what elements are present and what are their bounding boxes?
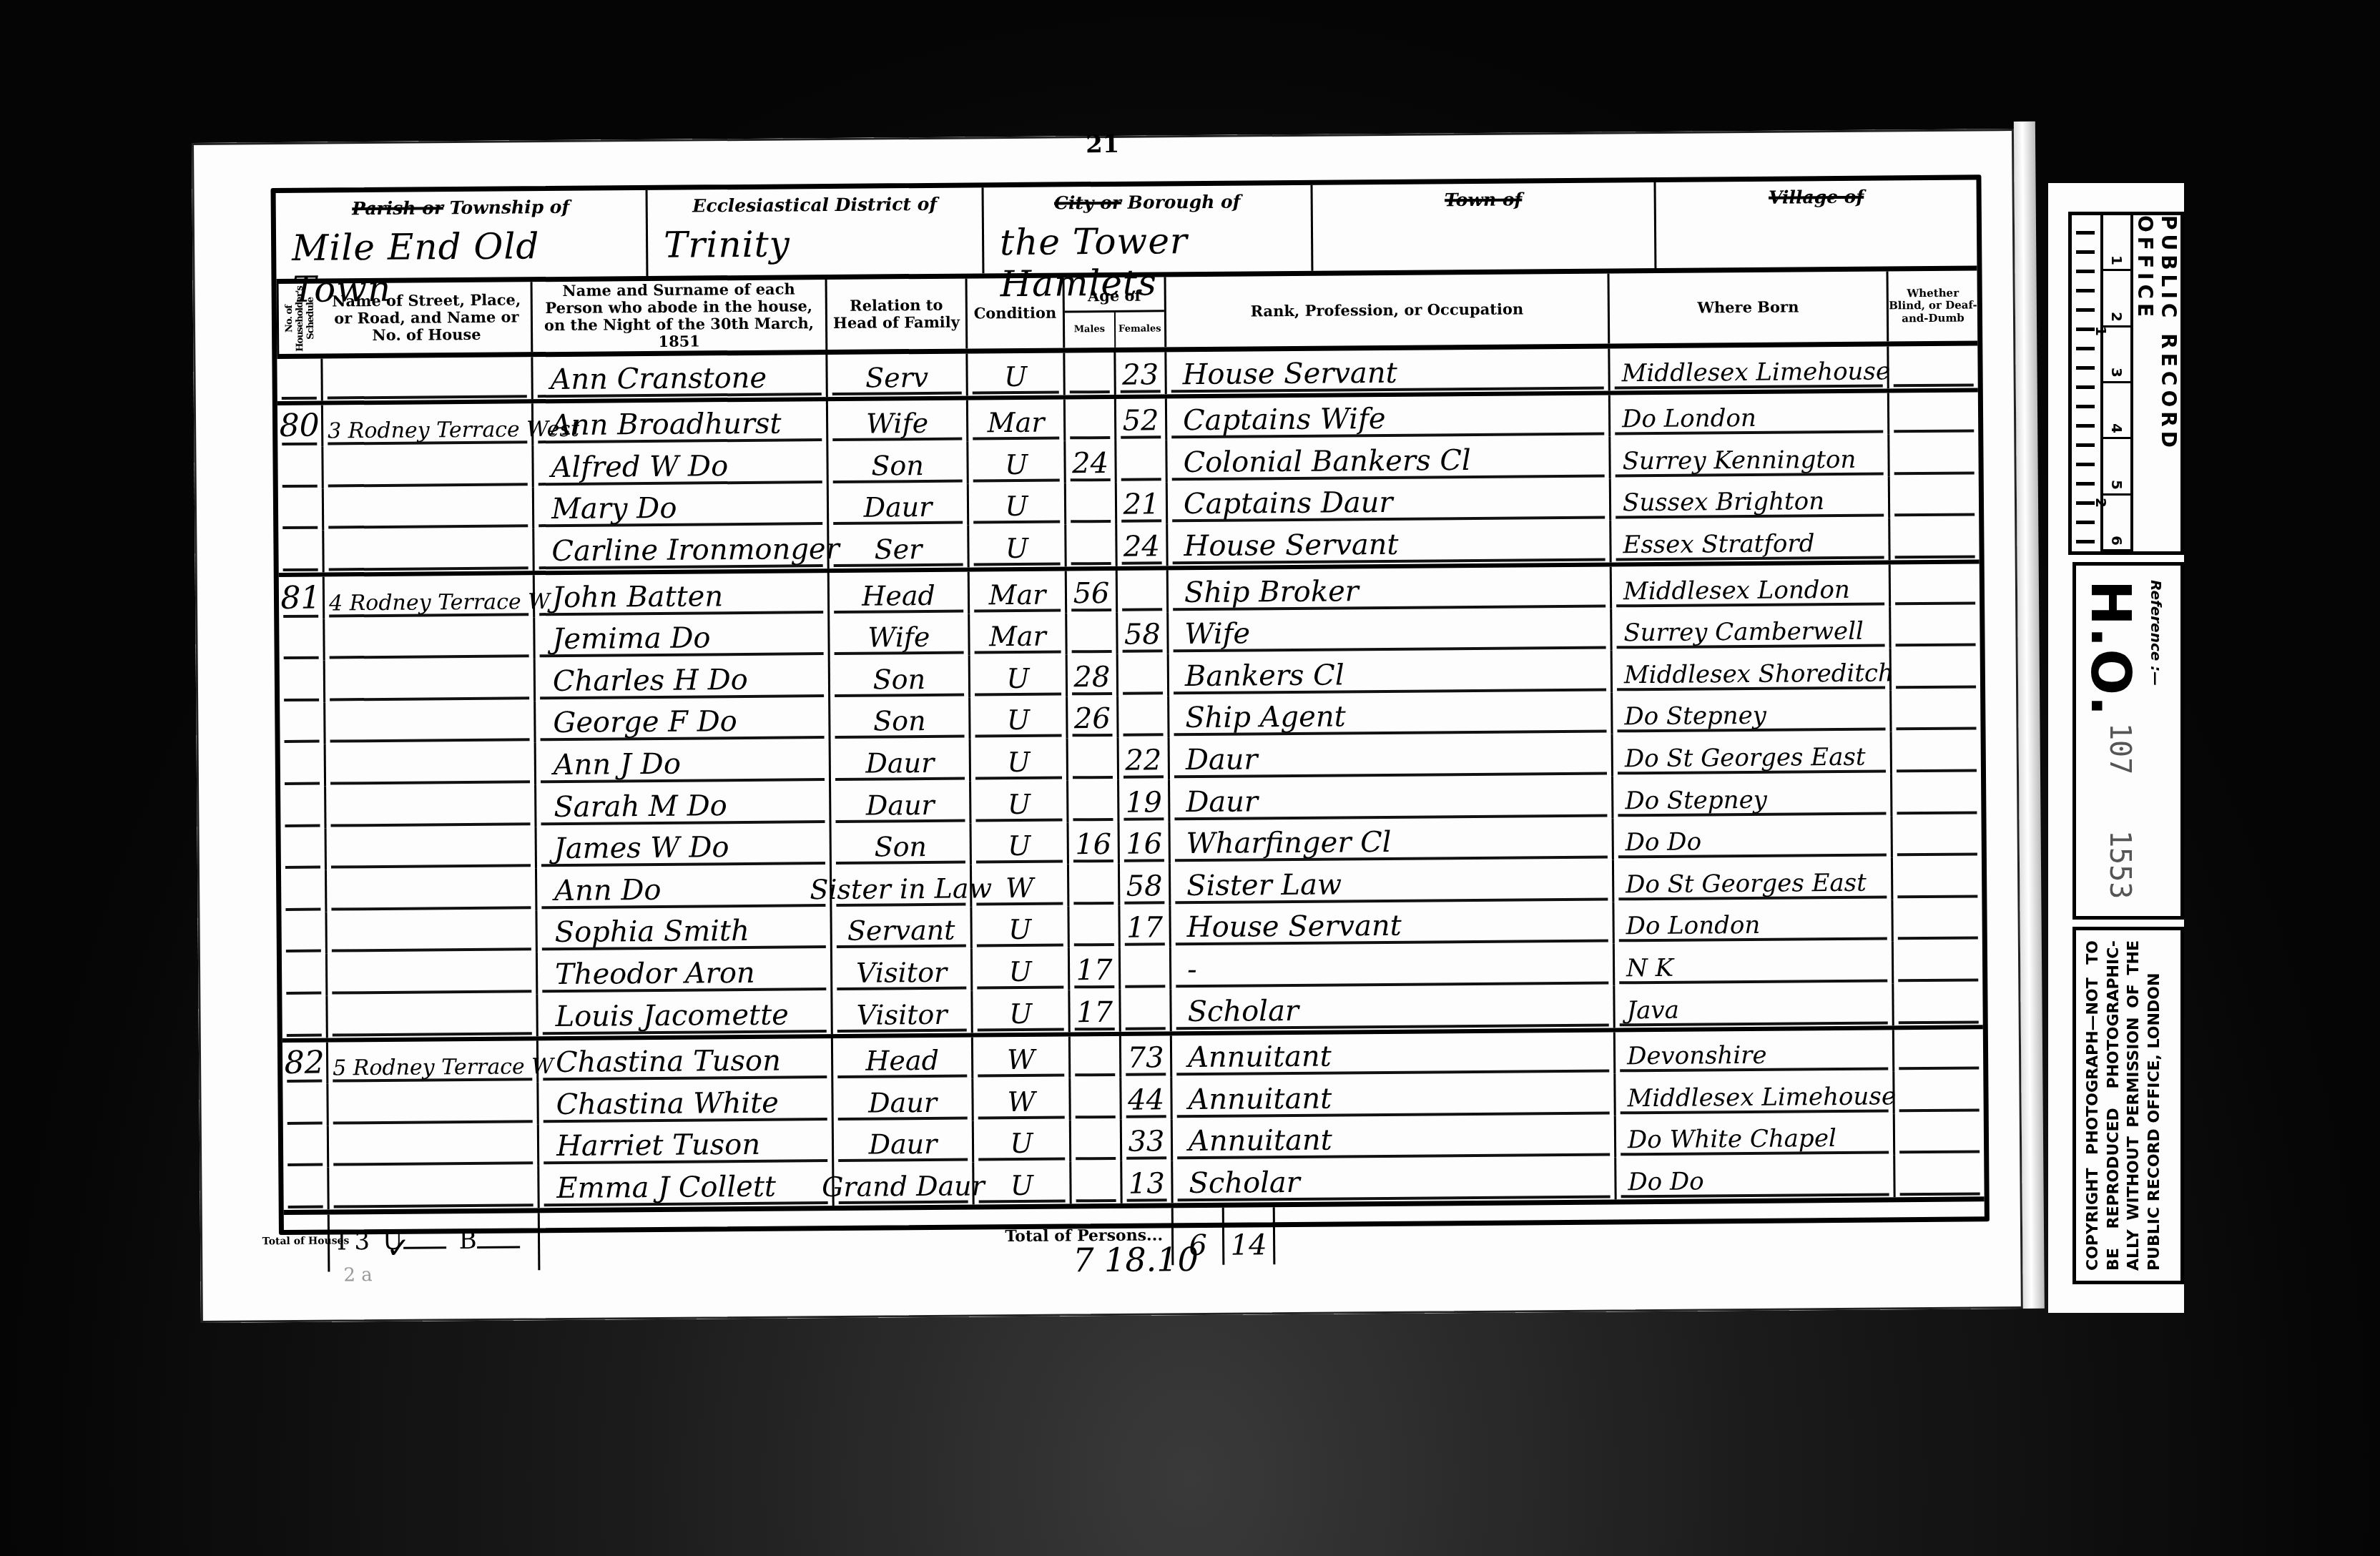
col-occupation: Rank, Profession, or Occupation <box>1166 273 1611 347</box>
where-born-cell: Do London <box>1611 393 1889 437</box>
schedule-cell <box>281 912 327 954</box>
blind-cell <box>1892 689 1980 732</box>
address-cell <box>327 910 537 954</box>
condition-cell: W <box>973 1036 1071 1079</box>
total-houses-values: I 3 U B <box>330 1213 541 1271</box>
male-age-cell: 24 <box>1066 440 1116 483</box>
where-born-cell: N K <box>1615 942 1894 986</box>
relation-cell: Sister in Law <box>832 865 972 908</box>
where-born-cell: Surrey Camberwell <box>1612 606 1891 651</box>
blind-cell <box>1894 941 1982 984</box>
blind-cell <box>1895 1113 1984 1156</box>
schedule-cell <box>282 1084 328 1126</box>
address-cell <box>329 1124 539 1168</box>
male-age-cell <box>1066 483 1117 525</box>
address-cell <box>326 743 536 787</box>
address-cell <box>328 1082 539 1126</box>
blind-cell <box>1894 1070 1983 1113</box>
district-header: Parish or Township of Mile End Old Town … <box>276 179 1977 284</box>
folio-number: 1553 <box>2103 830 2136 899</box>
column-header: No. of Householder's Schedule Name of St… <box>277 270 1978 359</box>
male-age-cell: 17 <box>1070 947 1121 990</box>
name-cell: Ann Do <box>537 866 832 910</box>
schedule-cell <box>281 870 327 912</box>
blind-cell <box>1890 518 1979 561</box>
inch-mark: 2 <box>2093 498 2110 508</box>
occupation-cell: Annuitant <box>1172 1073 1616 1118</box>
blind-cell <box>1891 563 1980 606</box>
where-born-cell: Java <box>1615 983 1894 1028</box>
building-count: B <box>458 1226 519 1255</box>
parish-label-struck: Parish or <box>352 197 443 219</box>
female-age-cell <box>1118 570 1169 612</box>
occupation-cell: House Servant <box>1166 348 1610 393</box>
village-label: Village of <box>1769 187 1864 208</box>
female-age-cell: 22 <box>1119 738 1170 780</box>
address-cell <box>328 994 538 1038</box>
name-cell: Louis Jacomette <box>538 992 832 1036</box>
schedule-cell <box>278 488 324 531</box>
inhabited-count: I 3 <box>337 1227 370 1256</box>
reference-label: Reference :— <box>2148 580 2165 686</box>
name-cell: Chastina White <box>539 1080 833 1124</box>
cm-mark: 4 <box>2108 423 2125 433</box>
col-relation: Relation to Head of Family <box>827 278 968 350</box>
name-cell: John Batten <box>535 573 830 617</box>
male-age-cell <box>1071 1078 1121 1120</box>
page-number: 21 <box>1086 130 1120 159</box>
name-cell: Ann J Do <box>536 740 831 784</box>
occupation-cell: Ship Broker <box>1169 566 1612 611</box>
village-cell: Village of <box>1656 179 1977 268</box>
cm-mark: 2 <box>2108 312 2125 322</box>
address-cell <box>325 659 536 702</box>
male-age-cell <box>1066 398 1116 440</box>
schedule-cell <box>280 661 325 703</box>
occupation-cell: Wife <box>1169 609 1612 654</box>
col-where-born: Where Born <box>1609 271 1889 343</box>
piece-number: 107 <box>2103 723 2136 774</box>
col-age: Age of Males Females <box>1065 277 1167 348</box>
borough-cell: City or Borough of the Tower Hamlets <box>984 185 1314 274</box>
occupation-cell: Scholar <box>1171 985 1615 1030</box>
cm-mark: 1 <box>2108 255 2125 265</box>
condition-cell: U <box>969 483 1066 526</box>
male-age-cell <box>1071 1120 1122 1162</box>
page-edge <box>2014 122 2045 1309</box>
where-born-cell: Essex Stratford <box>1611 518 1890 563</box>
where-born-cell: Middlesex London <box>1612 564 1891 609</box>
blind-cell <box>1889 392 1978 435</box>
schedule-cell <box>281 828 327 870</box>
condition-cell: U <box>968 441 1066 484</box>
occupation-cell: Sister Law <box>1171 860 1614 905</box>
name-cell: Charles H Do <box>536 656 830 701</box>
male-age-cell <box>1071 1035 1121 1078</box>
female-age-cell: 52 <box>1116 398 1167 440</box>
relation-cell: Daur <box>831 781 971 824</box>
relation-cell: Daur <box>831 739 971 782</box>
condition-cell: U <box>972 906 1069 949</box>
totals-blank <box>1275 1201 1985 1264</box>
male-age-cell <box>1069 864 1120 906</box>
total-females: 14 <box>1224 1207 1276 1265</box>
cm-mark: 6 <box>2108 536 2125 546</box>
ecclesiastical-label: Ecclesiastical District of <box>648 193 982 217</box>
male-age-cell <box>1068 780 1119 822</box>
condition-cell: U <box>970 655 1068 698</box>
pencil-annotation: 7 18.10 <box>1073 1240 1199 1279</box>
male-age-cell <box>1071 1161 1122 1203</box>
blind-cell <box>1894 1029 1983 1072</box>
reference-strip: 1 2 1 2 3 4 5 6 PUBLIC RECORD OFFICE H.O… <box>2048 183 2184 1313</box>
male-age-cell: 28 <box>1068 654 1118 696</box>
schedule-cell: 82 <box>282 1042 328 1084</box>
relation-cell: Head <box>833 1037 973 1080</box>
relation-cell: Ser <box>829 526 969 568</box>
relation-cell: Visitor <box>832 949 973 992</box>
male-age-cell <box>1065 353 1116 395</box>
female-age-cell <box>1121 989 1171 1031</box>
condition-cell: U <box>971 780 1068 823</box>
female-age-cell: 19 <box>1119 779 1170 822</box>
address-cell <box>329 1166 539 1210</box>
male-age-cell <box>1068 738 1119 780</box>
female-age-cell: 58 <box>1118 612 1169 654</box>
col-females: Females <box>1115 312 1164 348</box>
condition-cell: Mar <box>968 399 1066 442</box>
schedule-cell <box>280 702 325 744</box>
copyright-notice: COPYRIGHT PHOTOGRAPH—NOT TO BE REPRODUCE… <box>2072 927 2184 1284</box>
male-age-cell: 17 <box>1070 990 1121 1032</box>
address-cell: 4 Rodney Terrace W <box>325 575 535 619</box>
occupation-cell: Wharfinger Cl <box>1170 818 1613 863</box>
col-schedule: No. of Householder's Schedule <box>277 284 323 354</box>
col-age-title: Age of <box>1088 282 1141 311</box>
name-cell: James W Do <box>537 824 832 869</box>
total-houses-label: Total of Houses <box>284 1214 330 1272</box>
female-age-cell: 17 <box>1120 905 1171 947</box>
name-cell: Alfred W Do <box>533 443 828 487</box>
schedule-cell <box>278 531 324 573</box>
female-age-cell: 16 <box>1119 822 1170 864</box>
where-born-cell: Do Stepney <box>1613 690 1892 734</box>
male-age-cell <box>1067 612 1118 654</box>
occupation-cell: Annuitant <box>1172 1032 1616 1077</box>
female-age-cell: 73 <box>1121 1035 1172 1078</box>
relation-cell: Son <box>830 656 970 699</box>
occupation-cell: Daur <box>1170 734 1613 779</box>
condition-cell: U <box>971 739 1068 782</box>
where-born-cell: Do White Chapel <box>1616 1113 1895 1158</box>
female-age-cell: 33 <box>1122 1119 1173 1161</box>
name-cell: Chastina Tuson <box>539 1038 833 1082</box>
address-cell <box>325 701 536 744</box>
address-cell <box>325 617 535 661</box>
where-born-cell: Middlesex Limehouse <box>1610 346 1889 390</box>
relation-cell: Grand Daur <box>834 1163 974 1206</box>
schedule-cell <box>277 447 323 489</box>
female-age-cell: 21 <box>1117 482 1168 524</box>
schedule-cell <box>282 995 328 1038</box>
name-cell: Emma J Collett <box>539 1163 834 1208</box>
address-cell <box>327 827 537 870</box>
relation-cell: Serv <box>827 353 968 396</box>
schedule-cell <box>280 786 326 828</box>
address-cell <box>324 487 534 531</box>
where-born-cell: Middlesex Limehouse <box>1616 1071 1894 1116</box>
schedule-cell <box>279 619 325 661</box>
blind-cell <box>1892 773 1981 816</box>
blind-cell <box>1891 606 1980 649</box>
blind-cell <box>1892 732 1981 774</box>
where-born-cell: Do St Georges East <box>1614 857 1893 902</box>
blind-cell <box>1894 983 1982 1025</box>
condition-cell: U <box>969 525 1066 568</box>
col-address: Name of Street, Place, or Road, and Name… <box>323 282 533 353</box>
col-males: Males <box>1065 312 1116 348</box>
address-cell <box>323 445 533 488</box>
office-title: PUBLIC RECORD OFFICE <box>2133 215 2180 551</box>
schedule-cell <box>283 1168 329 1210</box>
male-age-cell: 26 <box>1068 696 1118 739</box>
female-age-cell <box>1121 947 1171 990</box>
occupation-cell: House Servant <box>1168 521 1611 566</box>
where-born-cell: Do St Georges East <box>1613 732 1892 777</box>
series-code: H.O. <box>2079 580 2143 717</box>
female-age-cell: 58 <box>1120 863 1171 905</box>
cm-mark: 3 <box>2108 368 2125 378</box>
occupation-cell: Captains Daur <box>1168 478 1611 523</box>
blind-cell <box>1890 476 1979 518</box>
where-born-cell: Do Do <box>1616 1156 1895 1200</box>
address-cell: 3 Rodney Terrace West <box>323 403 533 447</box>
where-born-cell: Surrey Kennington <box>1611 435 1889 479</box>
female-age-cell: 13 <box>1122 1161 1173 1203</box>
blind-cell <box>1892 815 1981 858</box>
female-age-cell: 24 <box>1117 524 1168 566</box>
census-page: 21 Parish or Township of Mile End Old To… <box>192 129 2023 1323</box>
name-cell: Carline Ironmonger <box>534 526 829 571</box>
relation-cell: Wife <box>828 400 968 443</box>
male-age-cell <box>1069 906 1120 948</box>
female-age-cell <box>1118 654 1169 696</box>
occupation-cell: Ship Agent <box>1169 692 1613 737</box>
where-born-cell: Do London <box>1614 900 1893 944</box>
address-cell <box>326 784 536 828</box>
scale-ruler: 1 2 1 2 3 4 5 6 PUBLIC RECORD OFFICE <box>2068 212 2184 555</box>
relation-cell: Daur <box>829 483 969 526</box>
condition-cell: W <box>972 865 1069 907</box>
parish-label: Township of <box>450 197 570 218</box>
address-cell: 5 Rodney Terrace W <box>328 1040 539 1084</box>
occupation-cell: Captains Wife <box>1167 395 1611 440</box>
relation-cell: Daur <box>833 1079 973 1122</box>
col-blind: Whether Blind, or Deaf-and-Dumb <box>1888 270 1977 341</box>
address-cell <box>328 952 538 996</box>
name-cell: Ann Cranstone <box>533 355 827 399</box>
male-age-cell: 56 <box>1067 571 1118 613</box>
schedule-cell: 80 <box>277 405 323 447</box>
female-age-cell <box>1116 440 1167 482</box>
condition-cell: U <box>973 990 1070 1033</box>
condition-cell: Mar <box>970 613 1067 656</box>
borough-label-struck: City or <box>1054 192 1121 214</box>
col-condition: Condition <box>968 277 1066 348</box>
male-age-cell <box>1066 524 1117 566</box>
where-born-cell: Do Stepney <box>1613 774 1892 818</box>
ecclesiastical-value: Trinity <box>664 223 790 265</box>
condition-cell: W <box>973 1078 1071 1121</box>
relation-cell: Wife <box>830 614 970 656</box>
faint-stamp: 2 a <box>343 1264 373 1286</box>
town-label: Town of <box>1445 189 1522 210</box>
schedule-cell <box>277 359 323 401</box>
blind-cell <box>1889 345 1977 388</box>
female-age-cell: 23 <box>1116 352 1166 394</box>
condition-cell: U <box>973 948 1070 991</box>
name-cell: George F Do <box>536 699 830 743</box>
cm-mark: 5 <box>2108 480 2125 490</box>
inch-mark: 1 <box>2093 326 2110 336</box>
relation-cell: Son <box>828 442 968 485</box>
census-rows: Ann CranstoneServU23House ServantMiddles… <box>277 345 1984 1210</box>
name-cell: Sophia Smith <box>537 908 832 952</box>
town-cell: Town of <box>1313 182 1657 271</box>
occupation-cell: Bankers Cl <box>1169 651 1613 696</box>
occupation-cell: - <box>1171 944 1615 989</box>
occupation-cell: House Servant <box>1171 902 1614 947</box>
blind-cell <box>1893 899 1982 942</box>
female-age-cell <box>1118 696 1169 738</box>
where-born-cell: Sussex Brighton <box>1611 476 1890 521</box>
blind-cell <box>1889 434 1978 477</box>
name-cell: Jemima Do <box>535 615 830 659</box>
occupation-cell: Daur <box>1170 776 1613 821</box>
schedule-cell: 81 <box>279 577 325 619</box>
address-cell <box>324 529 534 573</box>
relation-cell: Daur <box>834 1121 974 1163</box>
relation-cell: Head <box>830 571 970 614</box>
name-cell: Theodor Aron <box>538 950 832 994</box>
occupation-cell: Annuitant <box>1173 1116 1616 1161</box>
condition-cell: U <box>972 822 1069 865</box>
relation-cell: Servant <box>832 907 972 950</box>
census-form: Parish or Township of Mile End Old Town … <box>270 174 1989 1235</box>
name-cell: Sarah M Do <box>536 782 831 827</box>
schedule-cell <box>282 954 328 996</box>
where-born-cell: Middlesex Shoreditch <box>1613 649 1892 693</box>
condition-cell: U <box>974 1162 1071 1205</box>
ecclesiastical-cell: Ecclesiastical District of Trinity <box>648 187 985 276</box>
condition-cell: U <box>968 353 1065 395</box>
ruler-ticks: 1 2 <box>2072 215 2103 551</box>
blind-cell <box>1895 1155 1984 1198</box>
occupation-cell: Scholar <box>1173 1158 1616 1203</box>
borough-label: Borough of <box>1128 191 1241 212</box>
col-name: Name and Surname of each Person who abod… <box>533 280 828 352</box>
parish-cell: Parish or Township of Mile End Old Town <box>276 190 649 279</box>
name-cell: Harriet Tuson <box>539 1122 834 1166</box>
relation-cell: Son <box>830 697 970 740</box>
condition-cell: Mar <box>970 571 1067 614</box>
schedule-cell <box>280 744 326 787</box>
condition-cell: U <box>970 696 1068 739</box>
address-cell <box>327 868 537 912</box>
condition-cell: U <box>974 1120 1071 1163</box>
address-cell <box>323 357 533 400</box>
female-age-cell: 44 <box>1121 1077 1172 1119</box>
relation-cell: Visitor <box>832 990 973 1033</box>
blind-cell <box>1892 648 1980 691</box>
occupation-cell: Colonial Bankers Cl <box>1167 437 1611 482</box>
check-mark: ✓ <box>386 1232 410 1265</box>
where-born-cell: Do Do <box>1613 816 1892 860</box>
blind-cell <box>1893 857 1982 900</box>
reference-box: H.O. Reference :— 107 1553 <box>2072 562 2184 920</box>
relation-cell: Son <box>832 823 972 866</box>
male-age-cell: 16 <box>1068 822 1119 864</box>
name-cell: Ann Broadhurst <box>533 401 828 445</box>
schedule-cell <box>283 1126 329 1168</box>
name-cell: Mary Do <box>534 485 829 529</box>
where-born-cell: Devonshire <box>1616 1030 1894 1074</box>
